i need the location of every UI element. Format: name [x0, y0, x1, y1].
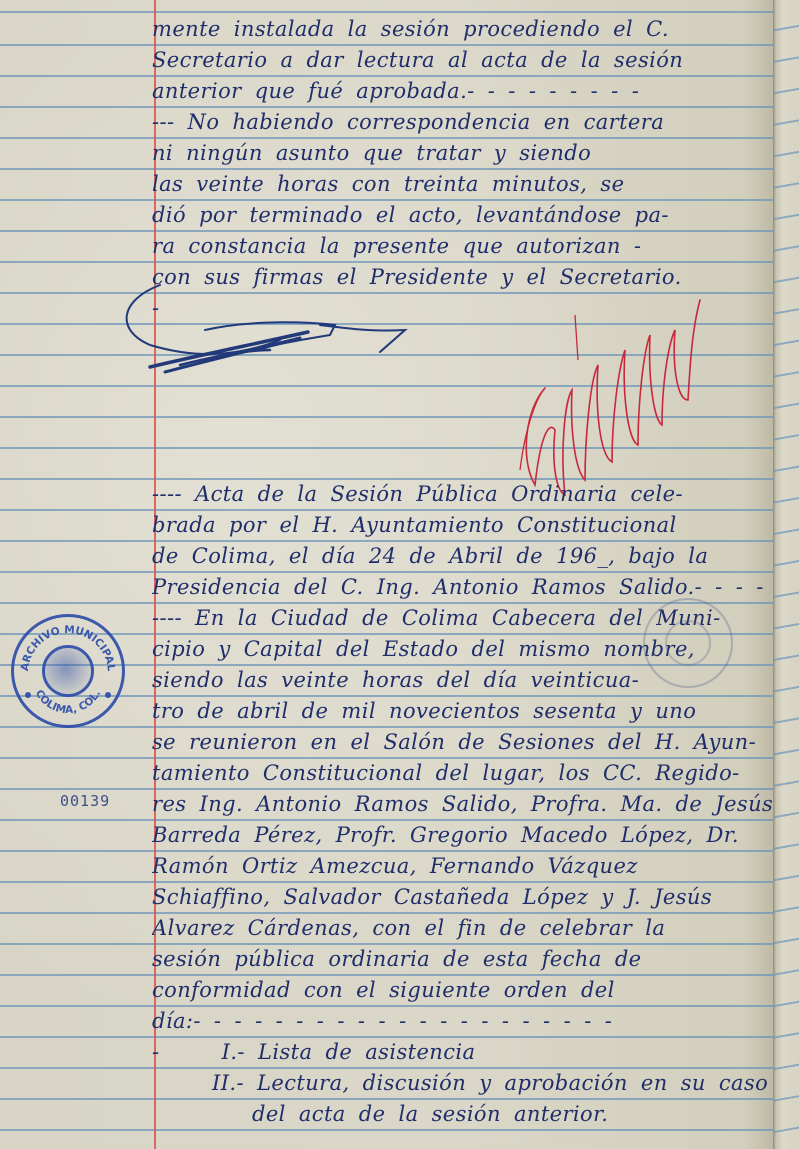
agenda-item: - I.- Lista de asistencia [152, 1037, 775, 1068]
agenda-text: del acta de la sesión anterior. [252, 1102, 608, 1126]
faint-bleedthrough-stamp [643, 598, 733, 688]
text-line: brada por el H. Ayuntamiento Constitucio… [152, 510, 775, 541]
agenda-text: Lectura, discusión y aprobación en su ca… [257, 1071, 768, 1095]
archive-stamp: ARCHIVO MUNICIPAL COLIMA, COL. [11, 614, 125, 728]
agenda-item: II.- Lectura, discusión y aprobación en … [152, 1068, 775, 1099]
adjacent-page-edge [773, 0, 799, 1149]
faint-stamp-inner-ring [665, 620, 711, 666]
agenda-numeral: I.- [222, 1040, 245, 1064]
folio-number: 00139 [60, 792, 110, 810]
text-line: Ramón Ortiz Amezcua, Fernando Vázquez [152, 851, 775, 882]
text-line: se reunieron en el Salón de Sesiones del… [152, 727, 775, 758]
notebook-page: mente instalada la sesión procediendo el… [0, 0, 775, 1149]
text-line: Alvarez Cárdenas, con el fin de celebrar… [152, 913, 775, 944]
stamp-text-ring: ARCHIVO MUNICIPAL COLIMA, COL. [14, 617, 122, 725]
text-line: Barreda Pérez, Profr. Gregorio Macedo Ló… [152, 820, 775, 851]
svg-text:ARCHIVO MUNICIPAL: ARCHIVO MUNICIPAL [19, 624, 117, 672]
svg-text:COLIMA, COL.: COLIMA, COL. [33, 688, 103, 716]
stamp-star-icon [25, 692, 31, 698]
stamp-top-text: ARCHIVO MUNICIPAL [19, 624, 117, 672]
agenda-numeral: II.- [212, 1071, 244, 1095]
text-line: Schiaffino, Salvador Castañeda López y J… [152, 882, 775, 913]
text-line: tro de abril de mil novecientos sesenta … [152, 696, 775, 727]
text-line: res Ing. Antonio Ramos Salido, Profra. M… [152, 789, 775, 820]
text-line: sesión pública ordinaria de esta fecha d… [152, 944, 775, 975]
text-line: de Colima, el día 24 de Abril de 196_, b… [152, 541, 775, 572]
agenda-text: Lista de asistencia [258, 1040, 475, 1064]
new-minutes-heading: ---- Acta de la Sesión Pública Ordinaria… [152, 479, 775, 603]
text-line: tamiento Constitucional del lugar, los C… [152, 758, 775, 789]
agenda-list: - I.- Lista de asistencia II.- Lectura, … [152, 1037, 775, 1130]
stamp-star-icon [105, 692, 111, 698]
agenda-item-continuation: del acta de la sesión anterior. [152, 1099, 775, 1130]
adjacent-page-ruled-lines [773, 0, 799, 1149]
text-line: día:- - - - - - - - - - - - - - - - - - … [152, 1006, 775, 1037]
text-line: ---- Acta de la Sesión Pública Ordinaria… [152, 479, 775, 510]
text-line: conformidad con el siguiente orden del [152, 975, 775, 1006]
stamp-bottom-text: COLIMA, COL. [33, 688, 103, 716]
agenda-leading-mark: - [152, 1040, 160, 1064]
